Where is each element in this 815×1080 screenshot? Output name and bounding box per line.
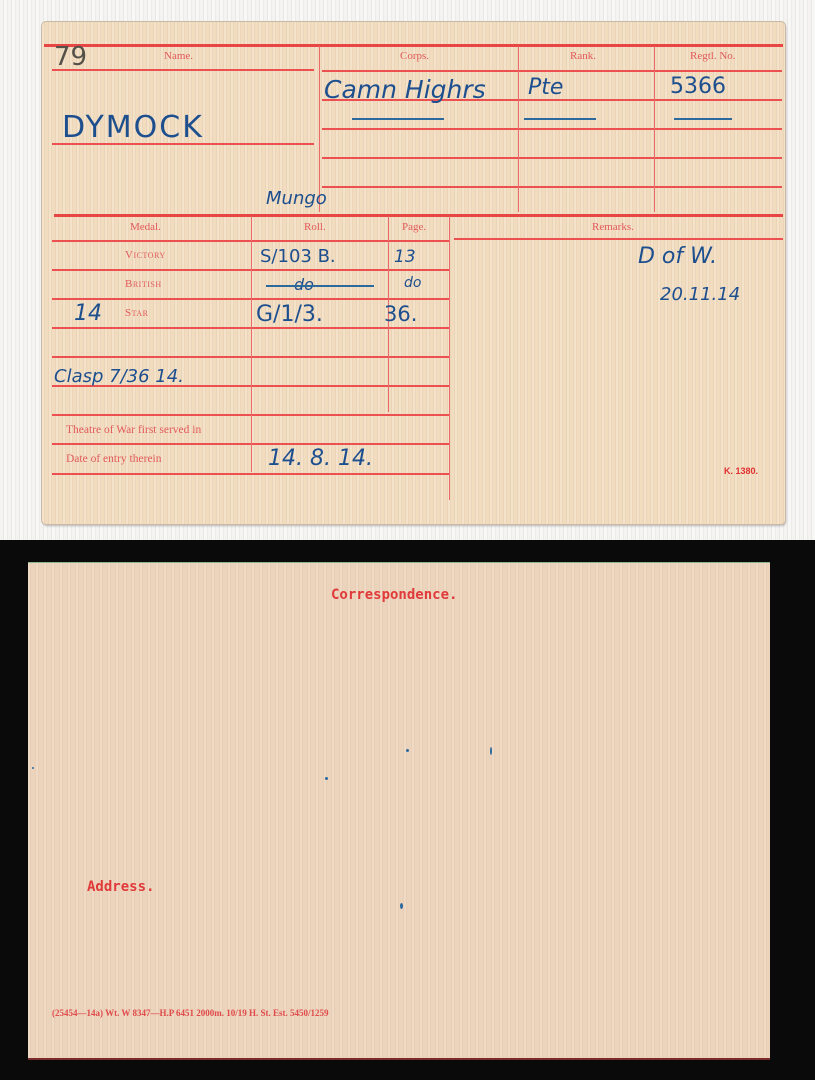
ruling: [322, 128, 782, 130]
printer-slug: (25454—14a) Wt. W 8347—H.P 6451 2000m. 1…: [52, 1008, 329, 1018]
ink-speck: [32, 767, 34, 769]
header-name: Name.: [164, 50, 193, 62]
ink-speck: [490, 747, 492, 755]
address-label: Address.: [87, 879, 154, 895]
ruling-top: [44, 44, 783, 47]
medal-label-star: Star: [125, 307, 148, 319]
remark-died-of-wounds: D of W.: [638, 244, 717, 269]
ruling-mid: [54, 214, 783, 217]
pencil-number: 79: [54, 42, 87, 72]
ruling: [454, 238, 783, 240]
medal-label-victory: Victory: [125, 249, 166, 261]
divider: [654, 46, 655, 212]
star-year: 14: [74, 301, 102, 326]
page-british: do: [404, 275, 421, 291]
divider: [449, 216, 450, 500]
roll-star: G/1/3.: [256, 302, 323, 327]
header-roll: Roll.: [304, 221, 326, 233]
correspondence-label: Correspondence.: [331, 587, 457, 603]
ruling: [52, 69, 314, 71]
ditto-regtl: [674, 118, 732, 120]
ditto-stroke: [266, 285, 374, 287]
medal-card-front: Name. Corps. Rank. Regtl. No. Medal. Rol…: [42, 22, 785, 524]
medal-card-back: Correspondence. Address. (25454—14a) Wt.…: [28, 562, 770, 1060]
corps-value: Camn Highrs: [324, 75, 486, 104]
ditto-corps: [352, 118, 444, 120]
surname: DYMOCK: [62, 110, 204, 145]
ditto-rank: [524, 118, 596, 120]
divider: [251, 216, 252, 472]
roll-victory: S/103 B.: [260, 246, 336, 267]
remark-date: 20.11.14: [660, 284, 740, 305]
ruling: [322, 70, 782, 72]
ruling: [322, 157, 782, 159]
header-remarks: Remarks.: [592, 221, 634, 233]
entry-date-value: 14. 8. 14.: [268, 446, 373, 471]
header-medal: Medal.: [130, 221, 161, 233]
header-regtl-no: Regtl. No.: [690, 50, 736, 62]
ink-speck: [325, 777, 328, 780]
divider: [518, 46, 519, 212]
ink-speck: [406, 749, 409, 752]
ruling: [322, 186, 782, 188]
clasp-note: Clasp 7/36 14.: [54, 366, 184, 387]
medal-label-british: British: [125, 278, 162, 290]
rank-value: Pte: [528, 75, 563, 100]
page-star: 36.: [384, 302, 417, 326]
regtl-no-value: 5366: [670, 74, 726, 99]
header-rank: Rank.: [570, 50, 596, 62]
entry-date-label: Date of entry therein: [66, 453, 161, 465]
forename: Mungo: [266, 188, 327, 209]
ink-speck: [400, 903, 403, 909]
header-corps: Corps.: [400, 50, 429, 62]
page-victory: 13: [394, 247, 416, 267]
header-page: Page.: [402, 221, 426, 233]
form-code: K. 1380.: [724, 466, 758, 476]
ruling: [52, 473, 450, 475]
theatre-label: Theatre of War first served in: [66, 424, 201, 436]
